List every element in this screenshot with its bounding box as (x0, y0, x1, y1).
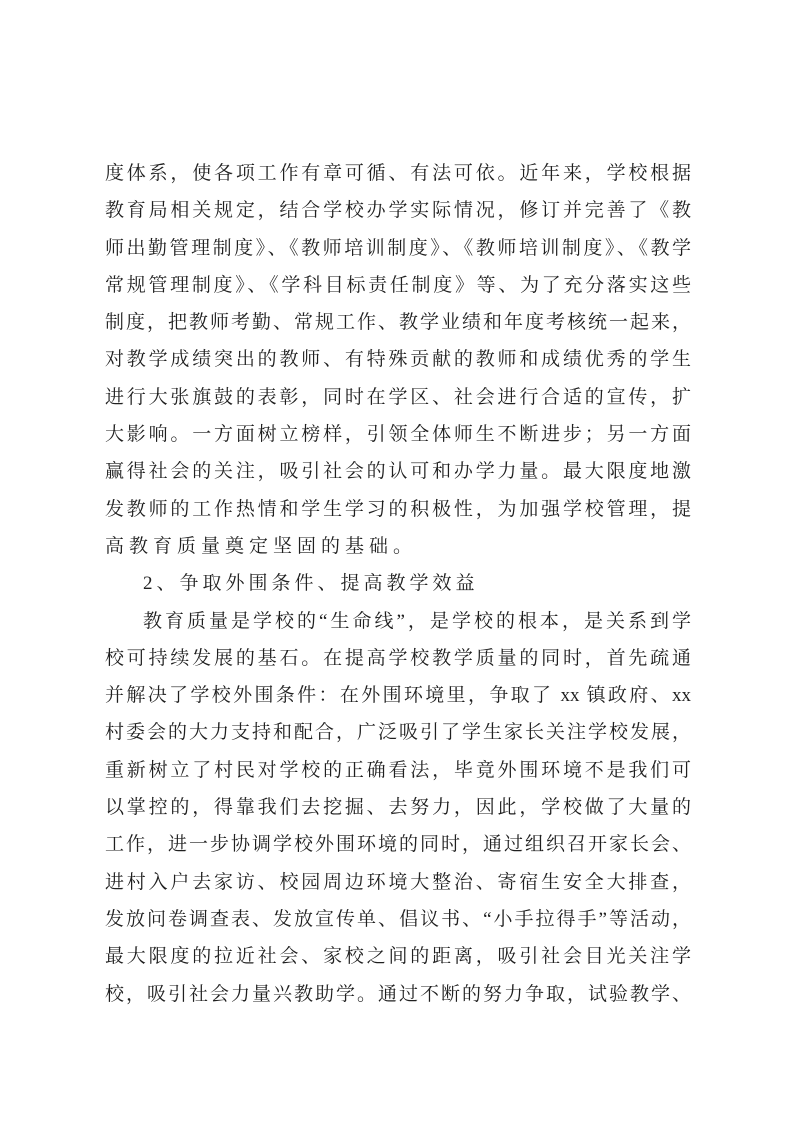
text-line: 大影响。一方面树立榜样，引领全体师生不断进步；另一方面 (105, 416, 691, 453)
text-line: 常规管理制度》、《学科目标责任制度》等、为了充分落实这些 (105, 267, 691, 304)
text-line: 工作，进一步协调学校外围环境的同时，通过组织召开家长会、 (105, 826, 691, 863)
text-line-paragraph-end: 高教育质量奠定坚固的基础。 (105, 528, 691, 565)
text-line: 对教学成绩突出的教师、有特殊贡献的教师和成绩优秀的学生 (105, 341, 691, 378)
text-line: 村委会的大力支持和配合，广泛吸引了学生家长关注学校发展， (105, 714, 691, 751)
section-heading: 2、争取外围条件、提高教学效益 (105, 565, 691, 602)
text-line: 进村入户去家访、校园周边环境大整治、寄宿生安全大排查， (105, 864, 691, 901)
text-line: 制度，把教师考勤、常规工作、教学业绩和年度考核统一起来， (105, 304, 691, 341)
text-line: 并解决了学校外围条件：在外围环境里，争取了 xx 镇政府、xx (105, 677, 691, 714)
text-line: 赢得社会的关注，吸引社会的认可和办学力量。最大限度地激 (105, 453, 691, 490)
text-line: 度体系，使各项工作有章可循、有法可依。近年来，学校根据 (105, 155, 691, 192)
text-line: 教育局相关规定，结合学校办学实际情况，修订并完善了《教 (105, 192, 691, 229)
text-line: 师出勤管理制度》、《教师培训制度》、《教师培训制度》、《教学 (105, 230, 691, 267)
text-line: 进行大张旗鼓的表彰，同时在学区、社会进行合适的宣传，扩 (105, 379, 691, 416)
text-line-paragraph-start: 教育质量是学校的“生命线”，是学校的根本，是关系到学 (105, 603, 691, 640)
document-page: 度体系，使各项工作有章可循、有法可依。近年来，学校根据 教育局相关规定，结合学校… (0, 0, 793, 1122)
text-line: 发教师的工作热情和学生学习的积极性，为加强学校管理，提 (105, 491, 691, 528)
text-line: 校可持续发展的基石。在提高学校教学质量的同时，首先疏通 (105, 640, 691, 677)
text-line: 发放问卷调查表、发放宣传单、倡议书、“小手拉得手”等活动， (105, 901, 691, 938)
text-line: 以掌控的，得靠我们去挖掘、去努力，因此，学校做了大量的 (105, 789, 691, 826)
document-body: 度体系，使各项工作有章可循、有法可依。近年来，学校根据 教育局相关规定，结合学校… (105, 155, 691, 1013)
text-line: 校，吸引社会力量兴教助学。通过不断的努力争取，试验教学、 (105, 976, 691, 1013)
text-line: 最大限度的拉近社会、家校之间的距离，吸引社会目光关注学 (105, 938, 691, 975)
text-line: 重新树立了村民对学校的正确看法，毕竟外围环境不是我们可 (105, 752, 691, 789)
